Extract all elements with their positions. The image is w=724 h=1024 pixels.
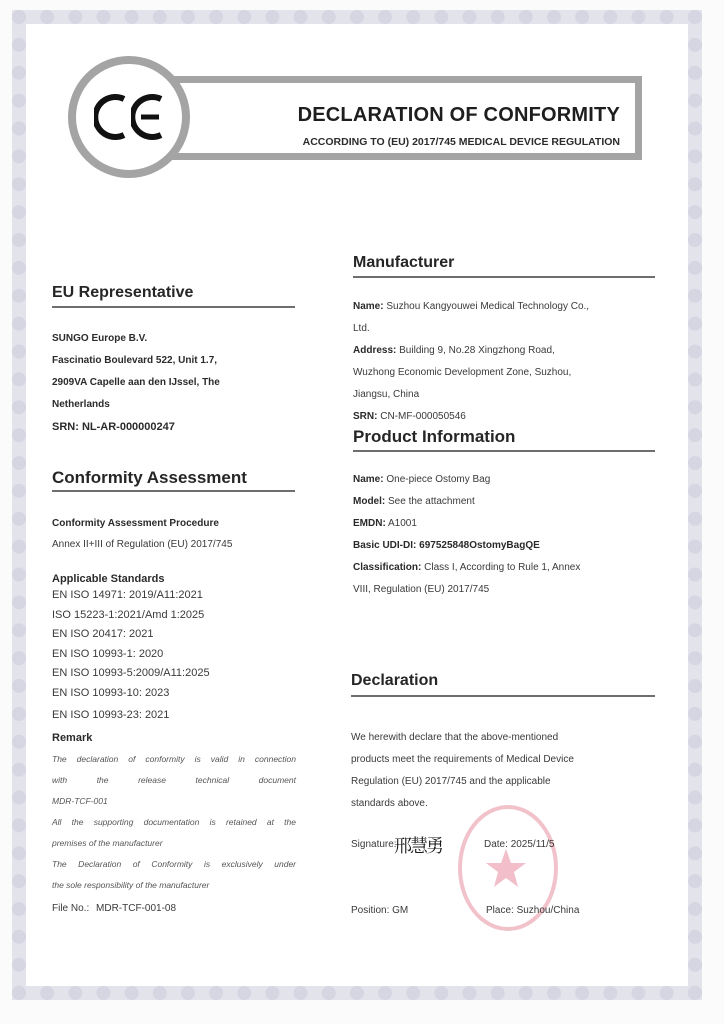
product-emdn-label: EMDN: — [353, 518, 386, 529]
product-udi-label: Basic UDI-DI: — [353, 540, 416, 551]
standard-item: EN ISO 10993-5:2009/A11:2025 — [52, 664, 302, 684]
procedure-label: Conformity Assessment Procedure — [52, 513, 219, 535]
document-subtitle: ACCORDING TO (EU) 2017/745 MEDICAL DEVIC… — [212, 136, 620, 148]
standard-item: EN ISO 20417: 2021 — [52, 625, 302, 645]
date-field: Date: 2025/11/5 — [484, 834, 554, 856]
ce-mark-icon — [94, 93, 165, 141]
position-label: Position: — [351, 905, 389, 916]
product-emdn: A1001 — [388, 518, 417, 529]
remark-text: The declaration of conformity is valid i… — [52, 749, 296, 896]
divider — [353, 450, 655, 452]
divider — [52, 306, 295, 308]
standards-list: EN ISO 14971: 2019/A11:2021 ISO 15223-1:… — [52, 586, 302, 726]
place-value: Suzhou/China — [517, 905, 580, 916]
declaration-line: We herewith declare that the above-menti… — [351, 727, 661, 749]
eu-rep-city: 2909VA Capelle aan den IJssel, The — [52, 372, 302, 394]
remark-line: premises of the manufacturer — [52, 833, 296, 854]
product-classification: Class I, According to Rule 1, Annex — [424, 562, 580, 573]
remark-line: with the release technical document — [52, 770, 296, 791]
manufacturer-address-cont: Wuzhong Economic Development Zone, Suzho… — [353, 362, 663, 384]
product-details: Name: One-piece Ostomy Bag Model: See th… — [353, 469, 663, 601]
procedure-value: Annex II+III of Regulation (EU) 2017/745 — [52, 534, 232, 556]
remark-line: The declaration of conformity is valid i… — [52, 749, 296, 770]
standard-item: EN ISO 14971: 2019/A11:2021 — [52, 586, 302, 606]
manufacturer-name: Suzhou Kangyouwei Medical Technology Co.… — [386, 301, 589, 312]
remark-line: MDR-TCF-001 — [52, 791, 296, 812]
file-no-label: File No.: — [52, 903, 89, 914]
standard-item: ISO 15223-1:2021/Amd 1:2025 — [52, 606, 302, 626]
ce-logo — [68, 56, 190, 178]
manufacturer-srn: CN-MF-000050546 — [380, 411, 466, 422]
document-title: DECLARATION OF CONFORMITY — [270, 104, 620, 127]
eu-representative-heading: EU Representative — [52, 284, 193, 302]
declaration-heading: Declaration — [351, 672, 438, 690]
remark-line: the sole responsibility of the manufactu… — [52, 875, 296, 896]
manufacturer-address-label: Address: — [353, 345, 396, 356]
declaration-text: We herewith declare that the above-menti… — [351, 727, 661, 815]
standard-item: EN ISO 10993-23: 2021 — [52, 706, 302, 726]
manufacturer-details: Name: Suzhou Kangyouwei Medical Technolo… — [353, 296, 663, 428]
file-no-value: MDR-TCF-001-08 — [96, 903, 176, 914]
manufacturer-address: Building 9, No.28 Xingzhong Road, — [399, 345, 555, 356]
divider — [353, 276, 655, 278]
product-udi: 697525848OstomyBagQE — [419, 540, 540, 551]
product-model-label: Model: — [353, 496, 385, 507]
divider — [351, 695, 655, 697]
standard-item: EN ISO 10993-10: 2023 — [52, 684, 302, 704]
eu-rep-srn: SRN: NL-AR-000000247 — [52, 416, 302, 438]
conformity-assessment-heading: Conformity Assessment — [52, 468, 247, 488]
declaration-line: products meet the requirements of Medica… — [351, 749, 661, 771]
file-number: File No.: MDR-TCF-001-08 — [52, 898, 176, 920]
standard-item: EN ISO 10993-1: 2020 — [52, 645, 302, 665]
manufacturer-name-cont: Ltd. — [353, 318, 663, 340]
product-name-label: Name: — [353, 474, 384, 485]
product-model: See the attachment — [388, 496, 475, 507]
remark-line: All the supporting documentation is reta… — [52, 812, 296, 833]
manufacturer-address-cont: Jiangsu, China — [353, 384, 663, 406]
product-name: One-piece Ostomy Bag — [386, 474, 490, 485]
remark-line: The Declaration of Conformity is exclusi… — [52, 854, 296, 875]
eu-representative-details: SUNGO Europe B.V. Fascinatio Boulevard 5… — [52, 328, 302, 438]
divider — [52, 490, 295, 492]
place-field: Place: Suzhou/China — [486, 900, 579, 922]
signature: 邢慧勇 — [394, 832, 442, 858]
product-information-heading: Product Information — [353, 427, 515, 447]
manufacturer-heading: Manufacturer — [353, 254, 454, 272]
remark-label: Remark — [52, 727, 92, 749]
position-field: Position: GM — [351, 900, 408, 922]
date-label: Date: — [484, 839, 508, 850]
declaration-line: Regulation (EU) 2017/745 and the applica… — [351, 771, 661, 793]
place-label: Place: — [486, 905, 514, 916]
date-value: 2025/11/5 — [511, 839, 555, 850]
eu-rep-company: SUNGO Europe B.V. — [52, 328, 302, 350]
product-classification-label: Classification: — [353, 562, 421, 573]
manufacturer-name-label: Name: — [353, 301, 384, 312]
eu-rep-street: Fascinatio Boulevard 522, Unit 1.7, — [52, 350, 302, 372]
signature-label: Signature: — [351, 834, 397, 856]
manufacturer-srn-label: SRN: — [353, 411, 377, 422]
declaration-line: standards above. — [351, 793, 661, 815]
position-value: GM — [392, 905, 408, 916]
eu-rep-country: Netherlands — [52, 394, 302, 416]
product-classification-cont: VIII, Regulation (EU) 2017/745 — [353, 579, 663, 601]
